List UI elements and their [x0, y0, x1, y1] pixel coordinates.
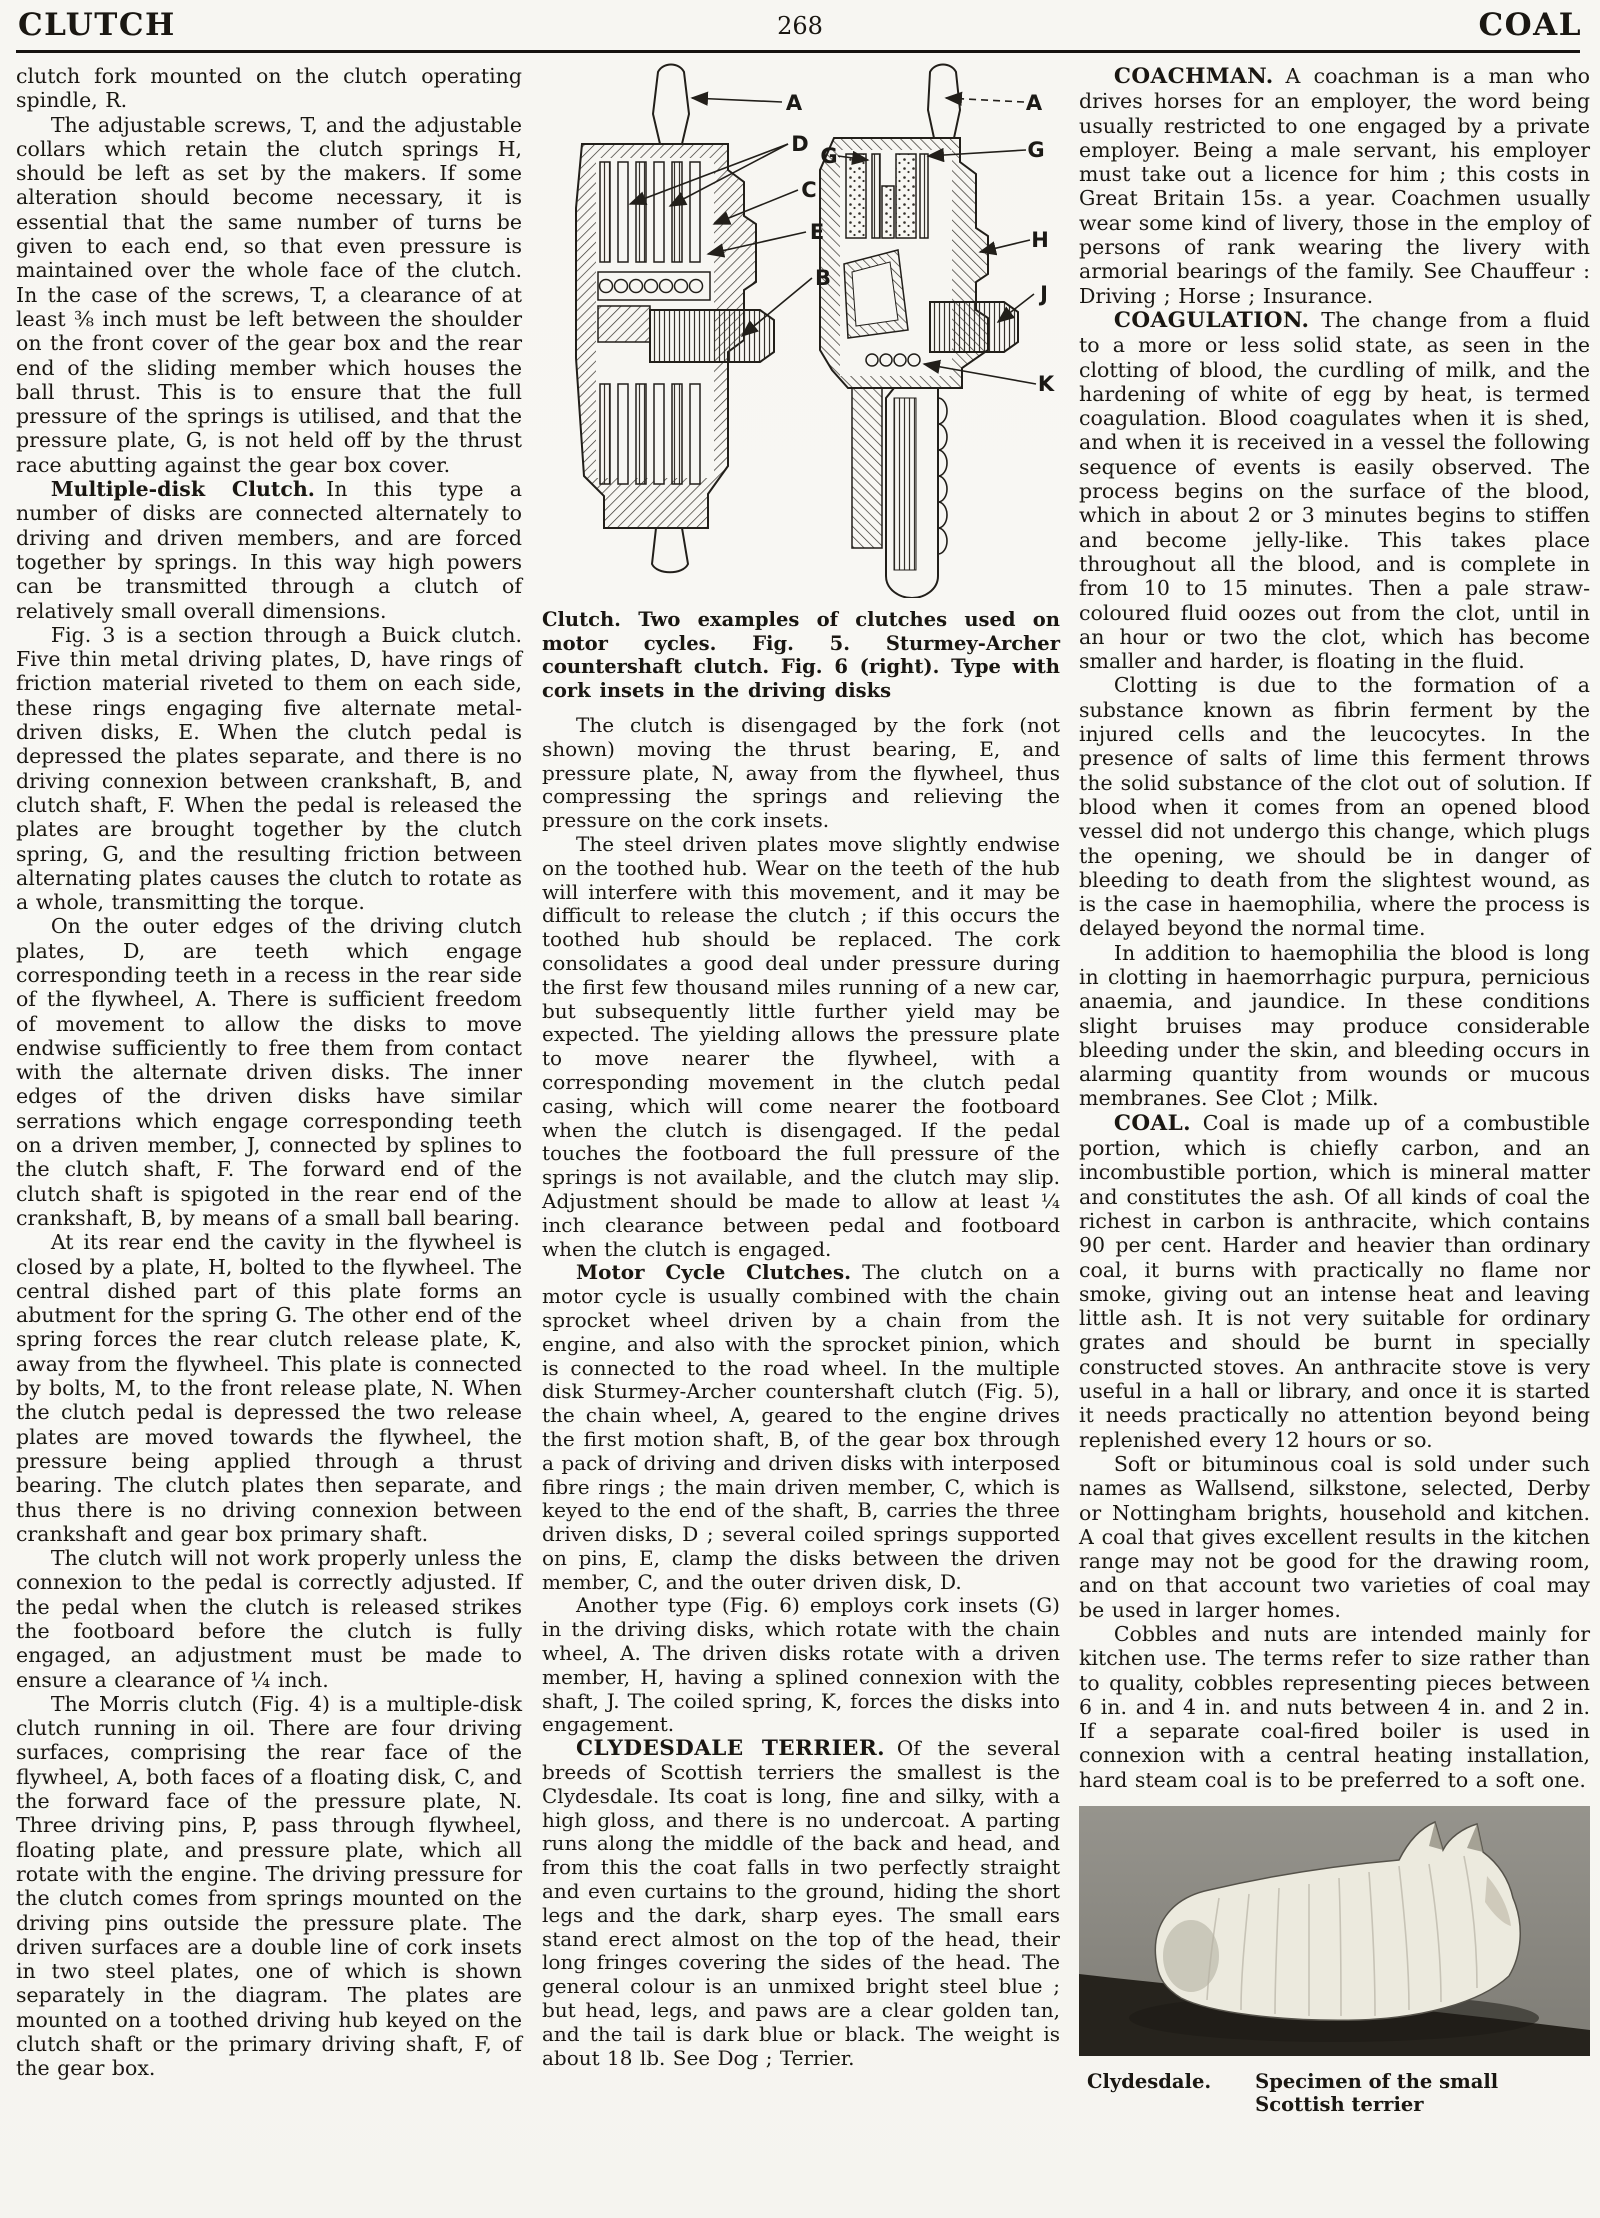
paragraph: On the outer edges of the driving clutch… [16, 914, 522, 1230]
paragraph: Fig. 3 is a section through a Buick clut… [16, 623, 522, 915]
fig5-sturmey-archer-clutch [576, 65, 774, 573]
paragraph: COACHMAN.A coachman is a man who drives … [1079, 64, 1590, 308]
photo-caption-lead: Clydesdale. [1087, 2070, 1211, 2116]
photo-caption-text: Specimen of the small Scottish terrier [1255, 2070, 1590, 2116]
paragraph: Motor Cycle Clutches.The clutch on a mot… [542, 1261, 1060, 1594]
figure-label: E [810, 220, 824, 244]
paragraph: Soft or bituminous coal is sold under su… [1079, 1452, 1590, 1622]
figure-caption: Clutch. Two examples of clutches used on… [542, 608, 1060, 702]
figure-label: A [786, 91, 803, 115]
subheading: Multiple-disk Clutch. [51, 477, 315, 501]
paragraph: CLYDESDALE TERRIER.Of the several breeds… [542, 1737, 1060, 2070]
paragraph: Clotting is due to the formation of a su… [1079, 673, 1590, 940]
figure-label: B [815, 266, 831, 290]
paragraph: clutch fork mounted on the clutch operat… [16, 64, 522, 113]
entry-heading: CLYDESDALE TERRIER. [576, 1736, 885, 1761]
clutch-figure: A D C E B A G G H J K Clutch. Two exampl… [542, 58, 1060, 702]
paragraph: The clutch is disengaged by the fork (no… [542, 714, 1060, 833]
page-number: 268 [0, 12, 1600, 40]
paragraph: COAL.Coal is made up of a combustible po… [1079, 1111, 1590, 1452]
paragraph: The adjustable screws, T, and the adjust… [16, 113, 522, 477]
encyclopedia-page: CLUTCH 268 COAL clutch fork mounted on t… [0, 0, 1600, 2218]
column-right: COACHMAN.A coachman is a man who drives … [1079, 64, 1590, 2056]
paragraph: COAGULATION.The change from a fluid to a… [1079, 308, 1590, 673]
figure-label: C [801, 178, 816, 202]
paragraph: Cobbles and nuts are intended mainly for… [1079, 1622, 1590, 1792]
figure-label: A [1026, 91, 1043, 115]
column-left: clutch fork mounted on the clutch operat… [16, 64, 522, 2081]
paragraph: In addition to haemophilia the blood is … [1079, 941, 1590, 1111]
paragraph: The steel driven plates move slightly en… [542, 833, 1060, 1261]
figure-label: G [820, 144, 837, 168]
paragraph: At its rear end the cavity in the flywhe… [16, 1230, 522, 1546]
terrier-photo-image [1079, 1806, 1590, 2056]
paragraph: Another type (Fig. 6) employs cork inset… [542, 1594, 1060, 1737]
figure-label: J [1038, 282, 1048, 306]
figure-label: D [791, 132, 808, 156]
fig6-cork-inset-clutch [820, 65, 1018, 599]
photo-caption: Clydesdale. Specimen of the small Scotti… [1079, 2070, 1590, 2116]
header-title-right: COAL [1478, 7, 1582, 43]
figure-label: K [1038, 372, 1055, 396]
entry-heading: COACHMAN. [1114, 64, 1274, 89]
paragraph: The Morris clutch (Fig. 4) is a multiple… [16, 1692, 522, 2081]
column-middle: A D C E B A G G H J K Clutch. Two exampl… [542, 58, 1060, 2070]
entry-heading: COAL. [1114, 1111, 1191, 1136]
entry-heading: COAGULATION. [1114, 308, 1310, 333]
paragraph: Multiple-disk Clutch.In this type a numb… [16, 477, 522, 623]
terrier-photo: Clydesdale. Specimen of the small Scotti… [1079, 1806, 1590, 2056]
clutch-diagram: A D C E B A G G H J K [542, 58, 1060, 598]
figure-label: G [1027, 138, 1044, 162]
subheading: Motor Cycle Clutches. [576, 1260, 851, 1284]
header-rule [16, 50, 1580, 53]
paragraph: The clutch will not work properly unless… [16, 1546, 522, 1692]
figure-label: H [1031, 228, 1049, 252]
